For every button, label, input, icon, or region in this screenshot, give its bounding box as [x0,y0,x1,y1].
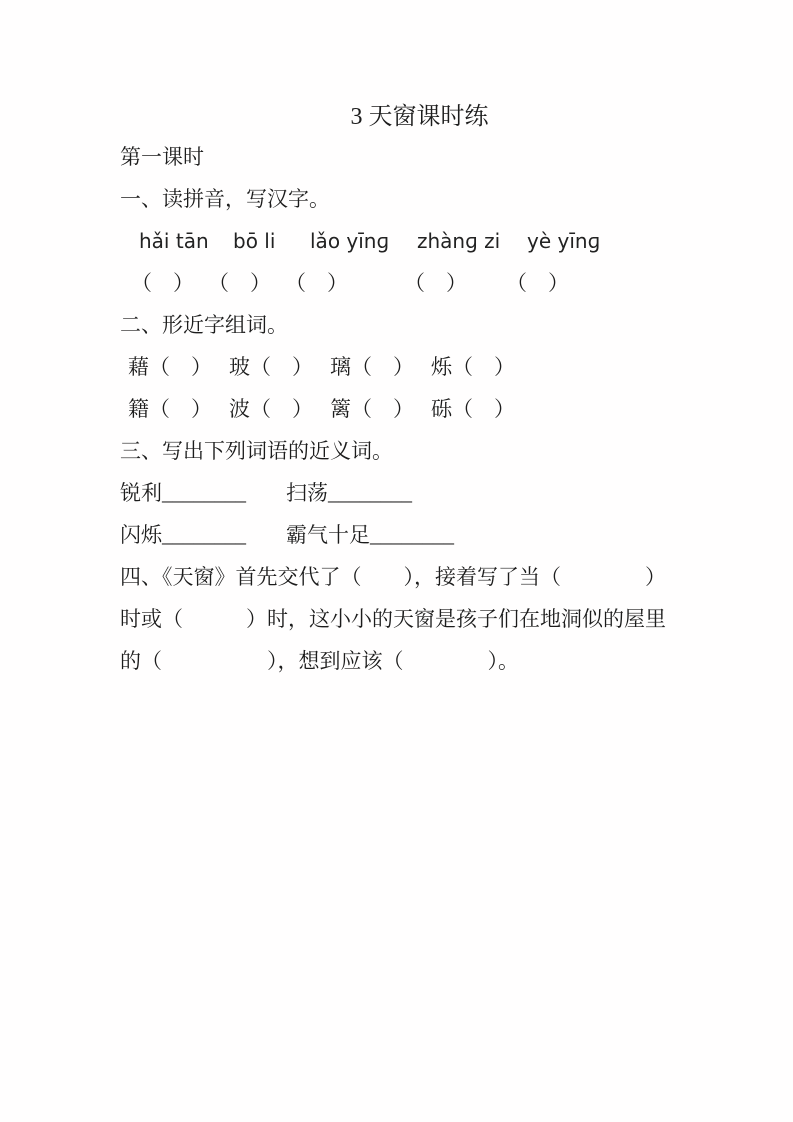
answer-blanks-row: （ ）（ ）（ ）（ ）（ ） [120,262,675,304]
paragraph-line: 的（ ），想到应该（ ）。 [120,640,675,682]
synonym-item: 霸气十足________ [286,523,454,547]
character-blank-group: 藉（ ） [128,346,212,388]
pinyin-word: bō li [233,220,310,262]
character-blank-group: 波（ ） [229,388,313,430]
synonym-item: 扫荡________ [286,481,412,505]
synonym-item: 闪烁________ [120,514,286,556]
answer-blank: （ ） [285,262,348,304]
section-three-heading: 三、写出下列词语的近义词。 [120,430,675,472]
section-two-heading: 二、形近字组词。 [120,304,675,346]
character-blank-group: 玻（ ） [229,346,313,388]
answer-blank: （ ） [131,262,194,304]
paragraph-line: 四、《天窗》首先交代了（ ），接着写了当（ ） [120,556,675,598]
character-group-row: 藉（ ）玻（ ）璃（ ）烁（ ） [120,346,675,388]
synonym-item: 锐利________ [120,472,286,514]
session-heading: 第一课时 [120,136,675,178]
character-blank-group: 砾（ ） [431,388,515,430]
pinyin-word: hǎi tān [139,220,233,262]
paragraph-line: 时或（ ）时，这小小的天窗是孩子们在地洞似的屋里 [120,598,675,640]
character-blank-group: 籍（ ） [128,388,212,430]
section-one-heading: 一、读拼音，写汉字。 [120,178,675,220]
synonym-row: 闪烁________霸气十足________ [120,514,675,556]
pinyin-word: lǎo yīnɡ [310,220,417,262]
answer-blank: （ ） [404,262,467,304]
answer-blank: （ ） [208,262,271,304]
pinyin-row: hǎi tānbō lilǎo yīnɡzhànɡ ziyè yīnɡ [120,220,675,262]
character-blank-group: 烁（ ） [431,346,515,388]
character-blank-group: 篱（ ） [330,388,414,430]
synonym-row: 锐利________扫荡________ [120,472,675,514]
worksheet-title: 3 天窗课时练 [120,98,675,136]
pinyin-word: zhànɡ zi [417,220,527,262]
answer-blank: （ ） [506,262,569,304]
character-blank-group: 璃（ ） [330,346,414,388]
character-group-row: 籍（ ）波（ ）篱（ ）砾（ ） [120,388,675,430]
pinyin-word: yè yīnɡ [527,220,600,262]
worksheet-page: 3 天窗课时练 第一课时 一、读拼音，写汉字。 hǎi tānbō lilǎo … [0,0,793,1122]
